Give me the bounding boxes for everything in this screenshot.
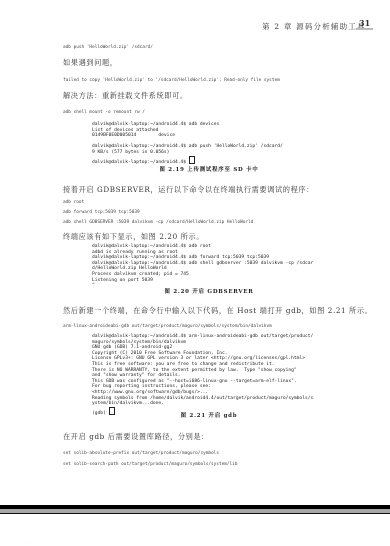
code-line: failed to copy 'HelloWorld.zip' to '/sdc… [63, 78, 280, 83]
terminal-line: dalvik@dalvik-laptop:~/android4.4$ [92, 156, 283, 166]
figure-caption: 图 2.21 开启 gdb [0, 411, 390, 419]
figure-caption: 图 2.19 上传测试程序至 SD 卡中 [0, 165, 390, 173]
body-text: 终端应该有如下显示，如图 2.20 所示。 [63, 232, 204, 242]
terminal-screenshot-fig21: dalvik@dalvik-laptop:~/android4.4$ arm-l… [92, 334, 313, 416]
terminal-line: dalvik@dalvik-laptop:~/android4.4$ arm-l… [92, 334, 313, 340]
bottom-rule-thin [0, 513, 390, 514]
body-text: 在开启 gdb 后需要设置库路径，分别是： [63, 432, 209, 442]
terminal-screenshot-fig20: dalvik@dalvik-laptop:~/android4.4$ adb r… [92, 244, 313, 289]
figure-caption: 图 2.20 开启 GDBSERVER [0, 287, 390, 295]
code-line: adb root [63, 200, 84, 205]
terminal-screenshot-fig19: dalvik@dalvik-laptop:~/android4.4$ adb d… [92, 122, 283, 165]
code-line: arm-linux-androideabi-gdb out/target/pro… [63, 324, 272, 329]
body-text: 然后新建一个终端，在命令行中输入以下代码，在 Host 端打开 gdb，如图 2… [63, 306, 372, 316]
body-text: 解决方法：重新挂载文件系统即可。 [63, 91, 188, 101]
body-text: 接着开启 GDBSERVER，运行以下命令以在终端执行需要调试的程序： [63, 185, 314, 195]
code-line: adb shell mount -o remount rw / [63, 110, 145, 115]
code-line: adb shell GDBSERVER :5039 dalvikvm -cp /… [63, 220, 253, 225]
page-number: 31 [356, 18, 373, 30]
body-text: 如果遇到问题， [63, 58, 118, 68]
running-head: 第 2 章 源码分析辅助工具 [262, 21, 366, 32]
code-line: adb push 'HelloWorld.zip' /sdcard/ [63, 45, 153, 50]
cursor-icon [189, 156, 195, 164]
code-line: set solib-absolute-prefix out/target/pro… [63, 451, 219, 456]
code-line: set solib-search-path out/target/product… [63, 462, 237, 467]
footer-mark: · · [28, 540, 31, 544]
code-line: adb forward tcp:5039 tcp:5039 [63, 210, 140, 215]
